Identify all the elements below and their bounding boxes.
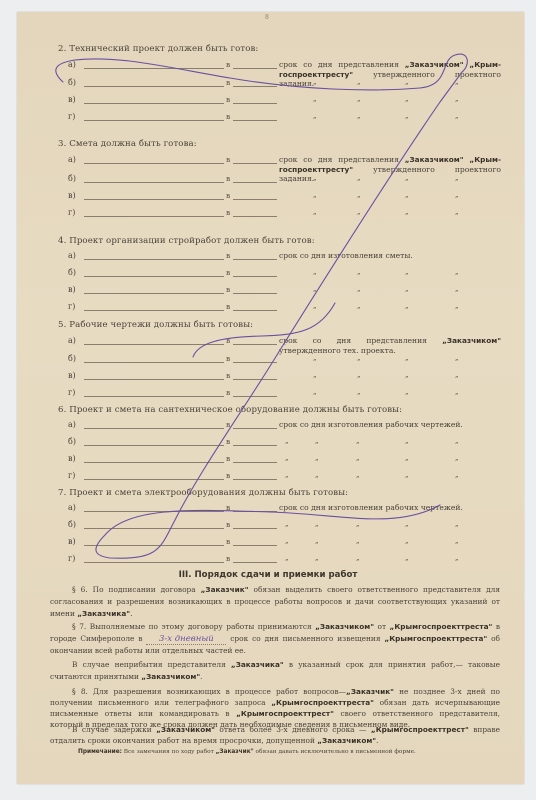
ditto-mark: „: [313, 112, 317, 120]
ditto-mark: „: [313, 191, 317, 199]
ditto-mark: „: [313, 354, 317, 362]
ditto-mark: „: [455, 354, 459, 362]
ditto-mark: „: [315, 554, 319, 562]
preposition-v: в: [226, 155, 230, 164]
blank-fill-line[interactable]: [84, 479, 224, 480]
ditto-mark: „: [405, 471, 409, 479]
deadline-row: в)в„„„„: [0, 371, 536, 381]
blank-fill-line-short[interactable]: [233, 562, 277, 563]
blank-fill-line[interactable]: [84, 545, 224, 546]
ditto-mark: „: [315, 471, 319, 479]
preposition-v: в: [226, 454, 230, 463]
blank-fill-line-short[interactable]: [233, 362, 277, 363]
ditto-mark: „: [455, 371, 459, 379]
ditto-mark: „: [405, 268, 409, 276]
blank-fill-line[interactable]: [84, 462, 224, 463]
deadline-row: г)в„„„„: [0, 208, 536, 218]
deadline-row: а)всрок со дня представления „Заказчиком…: [0, 155, 536, 165]
bold-term: „Заказчиком": [317, 736, 376, 745]
note-label: Примечание:: [78, 749, 122, 755]
ditto-mark: „: [405, 537, 409, 545]
ditto-mark: „: [313, 174, 317, 182]
blank-fill-line-short[interactable]: [233, 344, 277, 345]
ditto-mark: „: [455, 174, 459, 182]
deadline-row: а)всрок со дня изготовления рабочих черт…: [0, 420, 536, 430]
ditto-mark: „: [285, 454, 289, 462]
ditto-mark: „: [357, 95, 361, 103]
preposition-v: в: [226, 285, 230, 294]
ditto-mark: „: [356, 520, 360, 528]
row-label: а): [68, 155, 84, 164]
paragraph-6: § 6. По подписании договора „Заказчик" о…: [50, 584, 500, 621]
ditto-mark: „: [455, 78, 459, 86]
text: .: [200, 672, 202, 681]
ditto-mark: „: [356, 537, 360, 545]
deadline-row: в)в„„„„„: [0, 537, 536, 547]
ditto-mark: „: [357, 388, 361, 396]
ditto-mark: „: [455, 537, 459, 545]
blank-fill-line-short[interactable]: [233, 462, 277, 463]
blank-fill-line[interactable]: [84, 528, 224, 529]
ditto-mark: „: [405, 208, 409, 216]
blank-fill-line-short[interactable]: [233, 310, 277, 311]
bold-term: „Заказчика": [77, 609, 130, 618]
row-label: г): [68, 112, 84, 121]
text: В случае задержки: [72, 725, 156, 734]
ditto-mark: „: [285, 537, 289, 545]
ditto-mark: „: [285, 471, 289, 479]
row-label: г): [68, 471, 84, 480]
deadline-description: срок со дня изготовления рабочих чертеже…: [279, 420, 501, 430]
ditto-mark: „: [405, 95, 409, 103]
blank-fill-line[interactable]: [84, 86, 224, 87]
ditto-mark: „: [285, 554, 289, 562]
preposition-v: в: [226, 112, 230, 121]
ditto-mark: „: [313, 78, 317, 86]
deadline-row: в)в„„„„: [0, 285, 536, 295]
ditto-mark: „: [357, 285, 361, 293]
deadline-row: в)в„„„„: [0, 191, 536, 201]
blank-fill-line[interactable]: [84, 293, 224, 294]
text: § 7. Выполняемые по этому договору работ…: [72, 622, 315, 631]
bold-term: „Крымгоспроекттрест": [371, 725, 469, 734]
blank-fill-line[interactable]: [84, 379, 224, 380]
deadline-description: срок со дня изготовления сметы.: [279, 251, 501, 261]
ditto-mark: „: [455, 471, 459, 479]
preposition-v: в: [226, 471, 230, 480]
section-title: 4. Проект организации стройработ должен …: [58, 236, 315, 246]
preposition-v: в: [226, 554, 230, 563]
ditto-mark: „: [405, 285, 409, 293]
row-label: а): [68, 420, 84, 429]
row-label: в): [68, 537, 84, 546]
note: Примечание: Все замечания по ходу работ …: [78, 749, 416, 755]
ditto-mark: „: [455, 95, 459, 103]
blank-fill-line-short[interactable]: [233, 293, 277, 294]
text: срок со дня представления: [279, 336, 442, 345]
section-heading-part3: III. Порядок сдачи и приемки работ: [0, 570, 536, 580]
row-label: б): [68, 268, 84, 277]
preposition-v: в: [226, 191, 230, 200]
blank-fill-line-short[interactable]: [233, 545, 277, 546]
bold-term: „Крымгоспроекттреста": [271, 698, 374, 707]
blank-fill-line-short[interactable]: [233, 379, 277, 380]
bold-term: „Крымгоспроекттреста": [390, 622, 493, 631]
preposition-v: в: [226, 60, 230, 69]
preposition-v: в: [226, 388, 230, 397]
deadline-row: б)в„„„„: [0, 174, 536, 184]
ditto-mark: „: [315, 537, 319, 545]
row-label: в): [68, 454, 84, 463]
deadline-row: б)в„„„„„: [0, 520, 536, 530]
blank-fill-line[interactable]: [84, 445, 224, 446]
text: § 6. По подписании договора: [72, 585, 201, 594]
bold-term: „Заказчиком": [442, 336, 501, 345]
blank-fill-line[interactable]: [84, 428, 224, 429]
ditto-mark: „: [455, 554, 459, 562]
ditto-mark: „: [285, 437, 289, 445]
preposition-v: в: [226, 371, 230, 380]
preposition-v: в: [226, 437, 230, 446]
deadline-description: срок со дня представления „Заказчиком" у…: [279, 336, 501, 355]
ditto-mark: „: [357, 112, 361, 120]
deadline-row: б)в„„„„„: [0, 437, 536, 447]
ditto-mark: „: [405, 437, 409, 445]
text: .: [130, 609, 132, 618]
blank-fill-line-short[interactable]: [233, 528, 277, 529]
ditto-mark: „: [313, 302, 317, 310]
preposition-v: в: [226, 520, 230, 529]
bold-term: „Заказчиком": [405, 155, 464, 164]
deadline-row: г)в„„„„: [0, 302, 536, 312]
ditto-mark: „: [455, 285, 459, 293]
text: Все замечания по ходу работ: [122, 749, 216, 755]
deadline-row: г)в„„„„„: [0, 554, 536, 564]
blank-fill-line[interactable]: [84, 344, 224, 345]
deadline-row: б)в„„„„: [0, 268, 536, 278]
text: срок со дня изготовления рабочих чертеже…: [279, 503, 463, 512]
ditto-mark: „: [455, 191, 459, 199]
ditto-mark: „: [405, 454, 409, 462]
paragraph-8-continuation: В случае задержки „Заказчиком" ответа бо…: [50, 724, 500, 746]
ditto-mark: „: [357, 268, 361, 276]
row-label: а): [68, 251, 84, 260]
blank-fill-line[interactable]: [84, 396, 224, 397]
ditto-mark: „: [356, 454, 360, 462]
row-label: в): [68, 95, 84, 104]
ditto-mark: „: [357, 208, 361, 216]
deadline-row: г)в„„„„: [0, 388, 536, 398]
ditto-mark: „: [405, 302, 409, 310]
deadline-row: а)всрок со дня изготовления рабочих черт…: [0, 503, 536, 513]
blank-fill-line[interactable]: [84, 276, 224, 277]
ditto-mark: „: [357, 354, 361, 362]
deadline-row: а)всрок со дня представления „Заказчиком…: [0, 336, 536, 346]
preposition-v: в: [226, 208, 230, 217]
row-label: б): [68, 78, 84, 87]
row-label: г): [68, 208, 84, 217]
blank-fill-line-short[interactable]: [233, 182, 277, 183]
section-title: 6. Проект и смета на сантехническое обор…: [58, 405, 402, 415]
text: срок со дня изготовления сметы.: [279, 251, 413, 260]
bold-term: „Заказчиком": [405, 60, 464, 69]
ditto-mark: „: [455, 208, 459, 216]
ditto-mark: „: [455, 268, 459, 276]
page-number-mark: 8: [265, 14, 269, 21]
handwritten-term-field[interactable]: 3-х дневный: [146, 635, 226, 645]
bold-term: „Заказчик": [346, 687, 394, 696]
row-label: б): [68, 354, 84, 363]
ditto-mark: „: [313, 95, 317, 103]
blank-fill-line-short[interactable]: [233, 479, 277, 480]
text: обязан давать исключительно в письменной…: [254, 749, 416, 755]
ditto-mark: „: [455, 454, 459, 462]
ditto-mark: „: [405, 554, 409, 562]
blank-fill-line[interactable]: [84, 562, 224, 563]
blank-fill-line-short[interactable]: [233, 103, 277, 104]
ditto-mark: „: [356, 437, 360, 445]
blank-fill-line-short[interactable]: [233, 396, 277, 397]
blank-fill-line-short[interactable]: [233, 216, 277, 217]
blank-fill-line-short[interactable]: [233, 68, 277, 69]
row-label: б): [68, 437, 84, 446]
ditto-mark: „: [405, 78, 409, 86]
blank-fill-line[interactable]: [84, 68, 224, 69]
blank-fill-line-short[interactable]: [233, 445, 277, 446]
blank-fill-line[interactable]: [84, 163, 224, 164]
deadline-row: в)в„„„„„: [0, 454, 536, 464]
row-label: а): [68, 336, 84, 345]
blank-fill-line[interactable]: [84, 120, 224, 121]
row-label: г): [68, 554, 84, 563]
ditto-mark: „: [315, 454, 319, 462]
ditto-mark: „: [455, 388, 459, 396]
ditto-mark: „: [405, 174, 409, 182]
ditto-mark: „: [357, 371, 361, 379]
blank-fill-line[interactable]: [84, 362, 224, 363]
ditto-mark: „: [313, 285, 317, 293]
bold-term: „Заказчик": [201, 585, 249, 594]
ditto-mark: „: [315, 437, 319, 445]
blank-fill-line[interactable]: [84, 216, 224, 217]
text: .: [376, 736, 378, 745]
row-label: в): [68, 285, 84, 294]
text: ответа более 3-х дневного срока —: [215, 725, 371, 734]
blank-fill-line-short[interactable]: [233, 511, 277, 512]
preposition-v: в: [226, 302, 230, 311]
text: срок со дня представления: [279, 155, 405, 164]
row-label: а): [68, 503, 84, 512]
blank-fill-line-short[interactable]: [233, 86, 277, 87]
ditto-mark: „: [405, 520, 409, 528]
blank-fill-line[interactable]: [84, 310, 224, 311]
ditto-mark: „: [356, 554, 360, 562]
text: § 8. Для разрешения возникающих в процес…: [72, 687, 346, 696]
blank-fill-line[interactable]: [84, 182, 224, 183]
blank-fill-line-short[interactable]: [233, 428, 277, 429]
preposition-v: в: [226, 174, 230, 183]
preposition-v: в: [226, 336, 230, 345]
ditto-mark: „: [313, 388, 317, 396]
preposition-v: в: [226, 268, 230, 277]
blank-fill-line-short[interactable]: [233, 259, 277, 260]
blank-fill-line[interactable]: [84, 259, 224, 260]
deadline-row: а)всрок со дня изготовления сметы.: [0, 251, 536, 261]
row-label: в): [68, 191, 84, 200]
ditto-mark: „: [455, 437, 459, 445]
bold-term: „Заказчиком": [315, 622, 374, 631]
preposition-v: в: [226, 503, 230, 512]
blank-fill-line[interactable]: [84, 511, 224, 512]
blank-fill-line-short[interactable]: [233, 199, 277, 200]
paragraph-7: § 7. Выполняемые по этому договору работ…: [50, 621, 500, 658]
ditto-mark: „: [285, 520, 289, 528]
deadline-row: г)в„„„„„: [0, 471, 536, 481]
section-title: 7. Проект и смета электрооборудования до…: [58, 488, 348, 498]
preposition-v: в: [226, 95, 230, 104]
preposition-v: в: [226, 537, 230, 546]
bold-term: „Крымгоспроекттрест": [236, 709, 334, 718]
blank-fill-line-short[interactable]: [233, 163, 277, 164]
ditto-mark: „: [313, 371, 317, 379]
blank-fill-line[interactable]: [84, 199, 224, 200]
section-title: 5. Рабочие чертежи должны быть готовы:: [58, 320, 253, 330]
deadline-row: г)в„„„„: [0, 112, 536, 122]
ditto-mark: „: [313, 268, 317, 276]
preposition-v: в: [226, 354, 230, 363]
ditto-mark: „: [405, 354, 409, 362]
ditto-mark: „: [313, 208, 317, 216]
ditto-mark: „: [357, 191, 361, 199]
blank-fill-line-short[interactable]: [233, 276, 277, 277]
ditto-mark: „: [405, 112, 409, 120]
ditto-mark: „: [356, 471, 360, 479]
row-label: б): [68, 520, 84, 529]
ditto-mark: „: [357, 302, 361, 310]
ditto-mark: „: [405, 371, 409, 379]
bold-term: „Заказчик": [216, 749, 254, 755]
deadline-row: а)всрок со дня представления „Заказчиком…: [0, 60, 536, 70]
row-label: а): [68, 60, 84, 69]
text: В случае неприбытия представителя: [72, 660, 231, 669]
blank-fill-line-short[interactable]: [233, 120, 277, 121]
deadline-description: срок со дня изготовления рабочих чертеже…: [279, 503, 501, 513]
blank-fill-line[interactable]: [84, 103, 224, 104]
row-label: г): [68, 302, 84, 311]
ditto-mark: „: [455, 112, 459, 120]
row-label: г): [68, 388, 84, 397]
ditto-mark: „: [405, 191, 409, 199]
text: от: [374, 622, 390, 631]
ditto-mark: „: [357, 174, 361, 182]
deadline-row: б)в„„„„: [0, 354, 536, 364]
section-title: 2. Технический проект должен быть готов:: [58, 44, 258, 54]
preposition-v: в: [226, 420, 230, 429]
paragraph-7-continuation: В случае неприбытия представителя „Заказ…: [50, 659, 500, 683]
preposition-v: в: [226, 78, 230, 87]
ditto-mark: „: [455, 520, 459, 528]
deadline-row: б)в„„„„: [0, 78, 536, 88]
deadline-row: в)в„„„„: [0, 95, 536, 105]
bold-term: „Заказчиком": [141, 672, 200, 681]
bold-term: „Заказчиком": [156, 725, 215, 734]
preposition-v: в: [226, 251, 230, 260]
section-title: 3. Смета должна быть готова:: [58, 139, 197, 149]
row-label: в): [68, 371, 84, 380]
bold-term: „Заказчика": [231, 660, 284, 669]
text: срок со дня представления: [279, 60, 405, 69]
ditto-mark: „: [315, 520, 319, 528]
text: срок со дня письменного извещения: [226, 634, 384, 643]
row-label: б): [68, 174, 84, 183]
bold-term: „Крымгоспроекттреста": [384, 634, 487, 643]
text: срок со дня изготовления рабочих чертеже…: [279, 420, 463, 429]
ditto-mark: „: [357, 78, 361, 86]
ditto-mark: „: [455, 302, 459, 310]
ditto-mark: „: [405, 388, 409, 396]
